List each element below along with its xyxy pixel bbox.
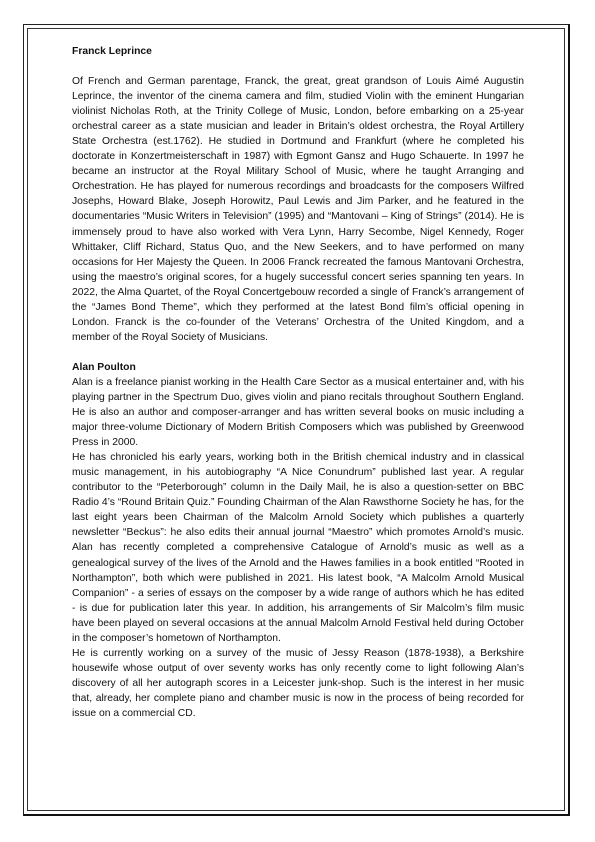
bio-paragraph: Alan is a freelance pianist working in t… [72, 375, 524, 450]
bio-heading: Franck Leprince [72, 44, 524, 59]
bio-heading: Alan Poulton [72, 360, 524, 375]
bio-paragraph: Of French and German parentage, Franck, … [72, 74, 524, 345]
spacer [72, 345, 524, 360]
document-body: Franck Leprince Of French and German par… [72, 44, 524, 721]
bio-franck-leprince: Franck Leprince Of French and German par… [72, 44, 524, 345]
bio-paragraph: He has chronicled his early years, worki… [72, 450, 524, 646]
spacer [72, 59, 524, 74]
bio-paragraph: He is currently working on a survey of t… [72, 646, 524, 721]
bio-alan-poulton: Alan Poulton Alan is a freelance pianist… [72, 360, 524, 721]
